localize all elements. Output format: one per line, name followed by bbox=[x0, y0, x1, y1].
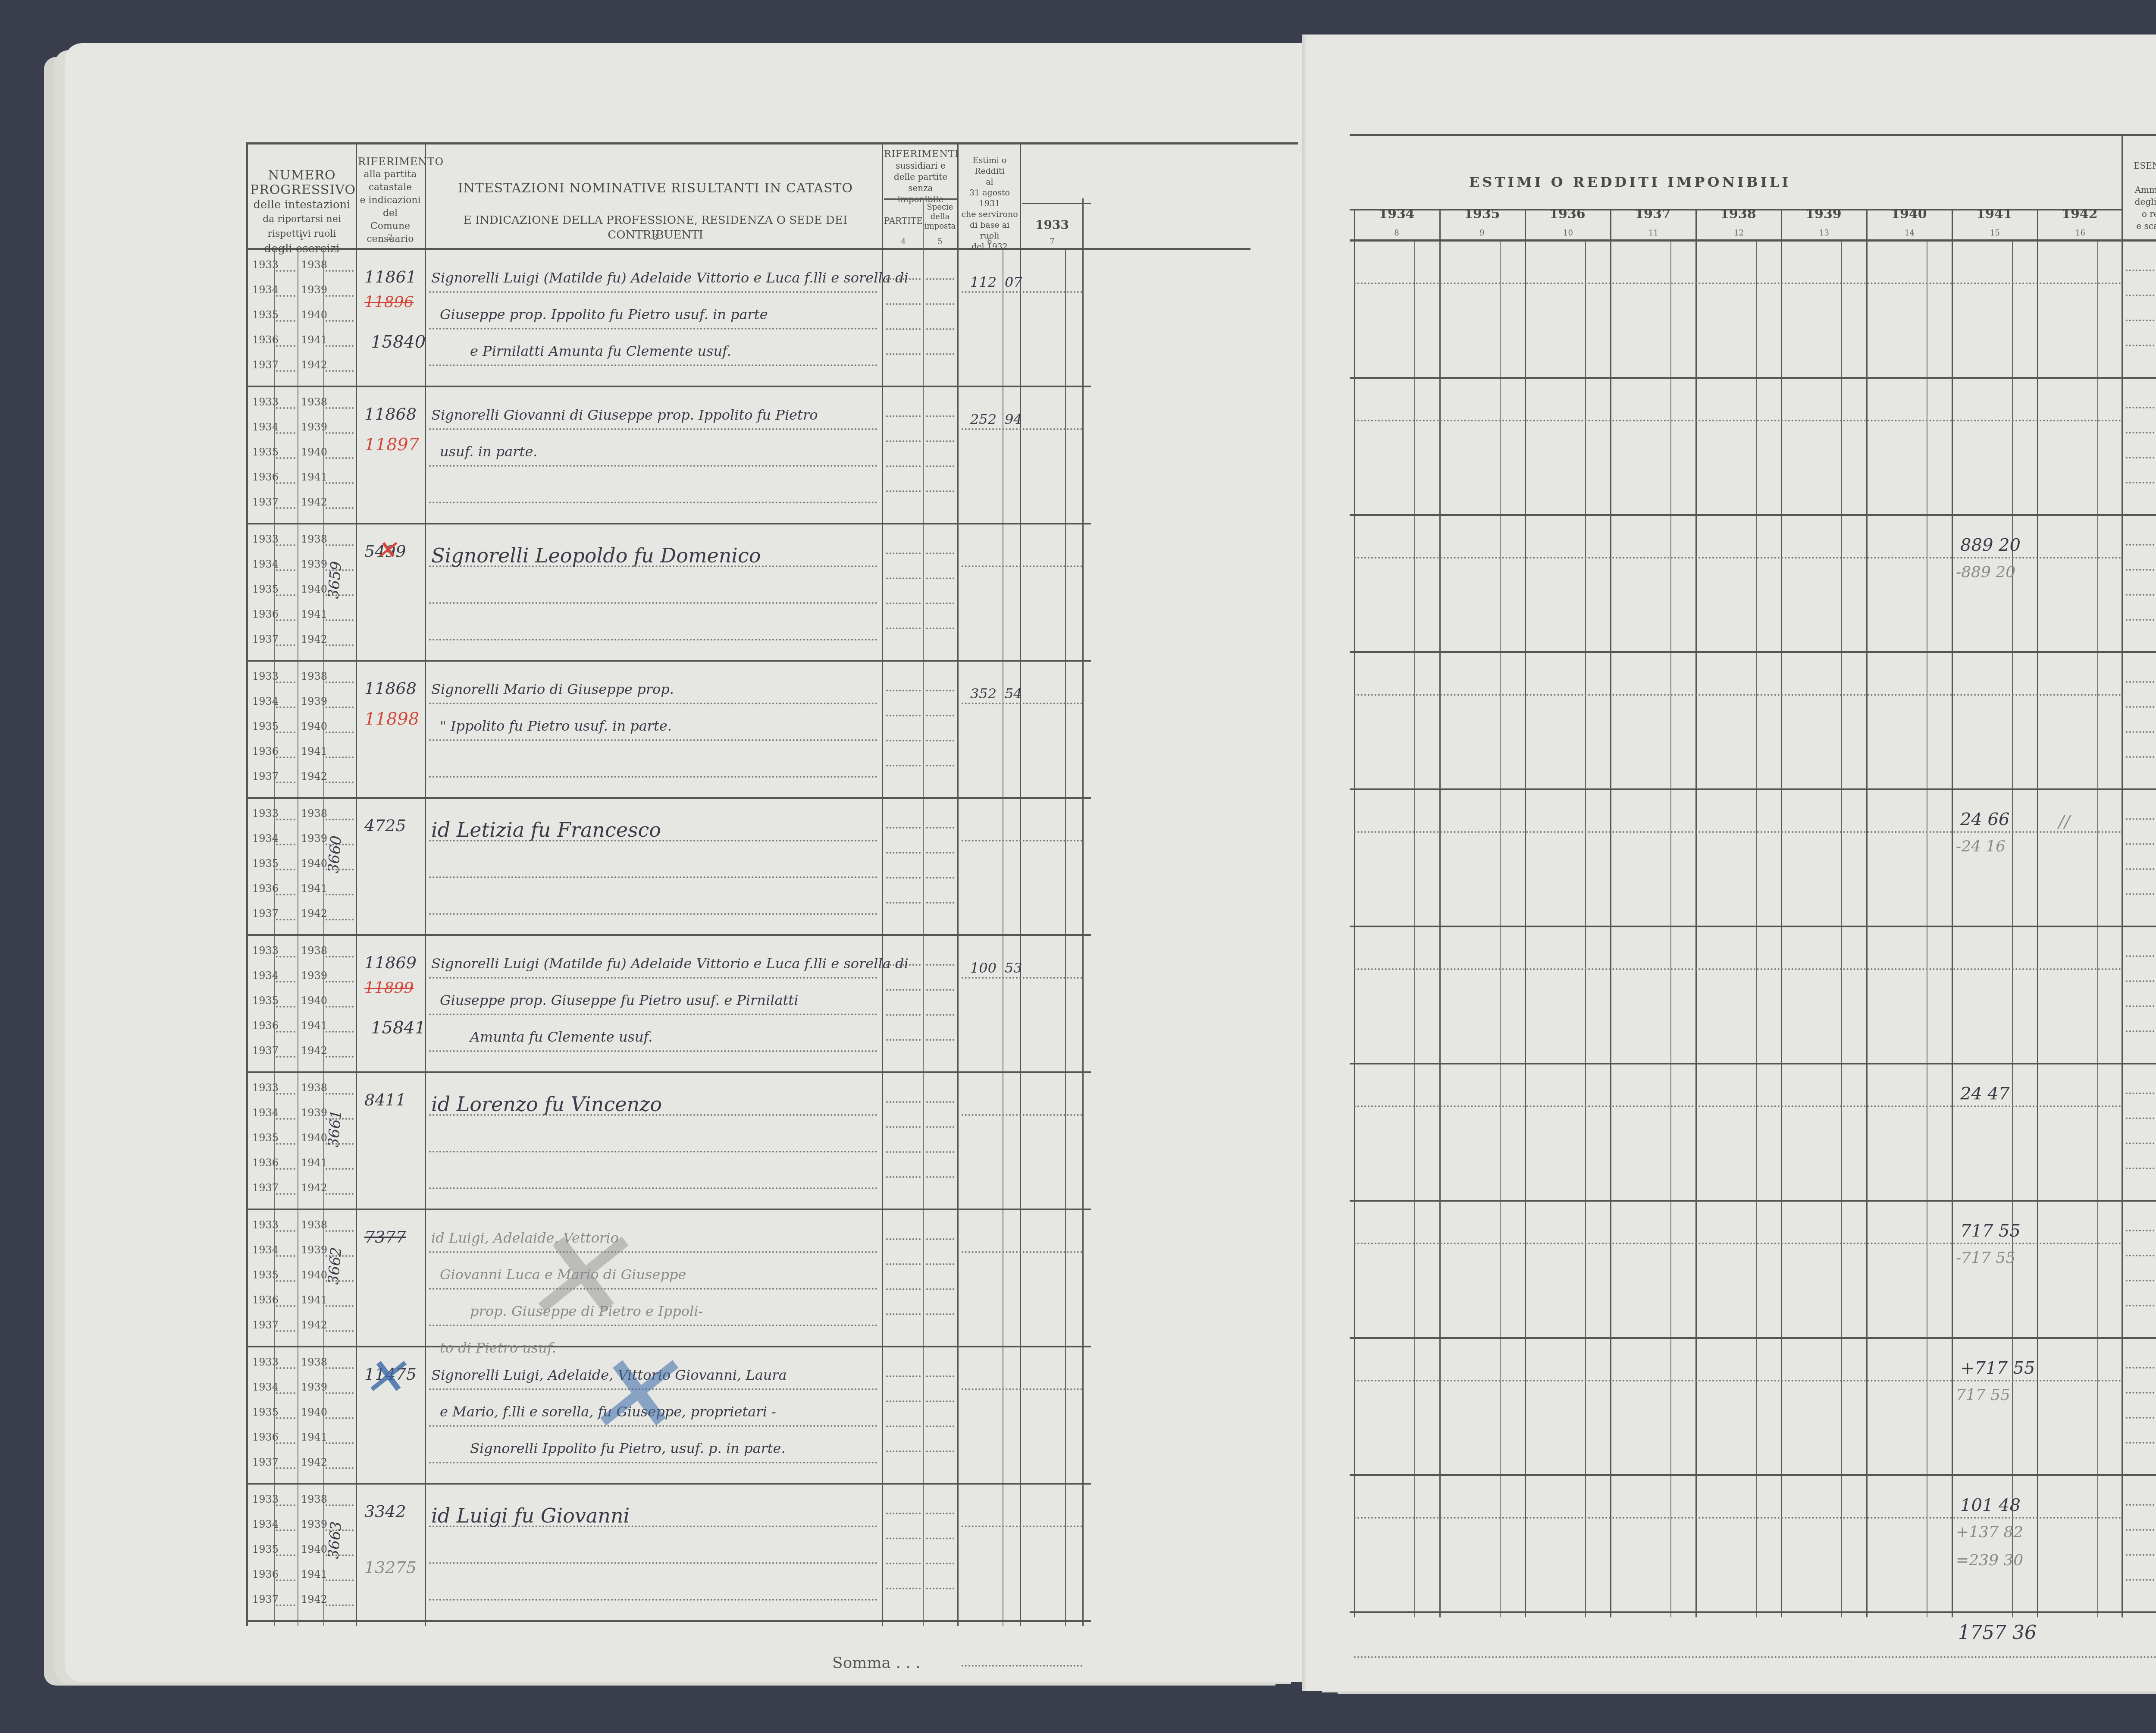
dotted-leader bbox=[326, 681, 354, 683]
dotted-leader bbox=[2126, 893, 2156, 895]
dotted-leader bbox=[326, 819, 354, 820]
dotted-baseline bbox=[429, 703, 877, 704]
year-label: 1942 bbox=[301, 1045, 327, 1057]
dotted-baseline bbox=[429, 1151, 877, 1152]
dotted-leader bbox=[276, 1056, 295, 1058]
dotted-baseline bbox=[429, 1014, 877, 1015]
year-label: 1940 bbox=[301, 309, 327, 321]
dotted-leader bbox=[2126, 482, 2156, 483]
year-label: 1941 bbox=[301, 471, 327, 483]
estimo-1931-lire: 352 bbox=[970, 685, 997, 702]
dotted-baseline bbox=[429, 1288, 877, 1290]
dotted-leader bbox=[926, 328, 954, 330]
intestazione-line: Signorelli Leopoldo fu Domenico bbox=[431, 544, 761, 567]
dotted-leader bbox=[326, 1442, 354, 1444]
header-top-rule bbox=[246, 142, 1298, 144]
year-label: 1938 bbox=[301, 533, 327, 545]
intestazione-line: id Luigi fu Giovanni bbox=[431, 1504, 630, 1527]
dotted-leader bbox=[276, 345, 295, 347]
dotted-leader bbox=[276, 407, 295, 409]
dotted-leader bbox=[2126, 1367, 2156, 1369]
dotted-baseline bbox=[1354, 831, 2122, 833]
year-label: 1941 bbox=[301, 1568, 327, 1580]
year-label: 1935 bbox=[252, 446, 279, 458]
year-label: 1942 bbox=[301, 496, 327, 508]
column-number: 13 bbox=[1819, 229, 1828, 238]
intestazione-line: id Letizia fu Francesco bbox=[431, 818, 661, 841]
year-label: 1939 bbox=[301, 832, 327, 845]
column-number: 2 bbox=[386, 233, 395, 242]
col-divider bbox=[882, 142, 883, 1626]
dotted-leader bbox=[276, 320, 295, 322]
year-label: 1937 bbox=[252, 1182, 279, 1194]
year-label: 1937 bbox=[252, 359, 279, 371]
dotted-leader bbox=[276, 732, 295, 733]
header-sub: del bbox=[358, 207, 423, 220]
year-label: 1935 bbox=[252, 1269, 279, 1281]
dotted-leader bbox=[926, 740, 954, 741]
dotted-leader bbox=[326, 1392, 354, 1394]
year-label: 1941 bbox=[301, 882, 327, 895]
row-divider bbox=[246, 660, 1091, 662]
partita-number: 3342 bbox=[364, 1502, 406, 1521]
col-divider bbox=[298, 250, 298, 1626]
year-label: 1933 bbox=[252, 259, 279, 271]
dotted-leader bbox=[276, 1367, 295, 1369]
partita-number-new: 15840 bbox=[371, 332, 426, 352]
col-divider bbox=[425, 142, 426, 1626]
dotted-leader bbox=[926, 1538, 954, 1539]
estimo-1941: 717 55 bbox=[1960, 1221, 2021, 1241]
row-divider bbox=[1350, 1337, 2156, 1339]
col-divider bbox=[1065, 250, 1066, 1626]
year-label: 1937 bbox=[252, 770, 279, 782]
year-label: 1941 bbox=[301, 1294, 327, 1306]
cent-divider bbox=[1414, 242, 1415, 1617]
year-label: 1934 bbox=[252, 1107, 279, 1119]
row-divider bbox=[246, 797, 1091, 799]
dotted-leader bbox=[326, 457, 354, 459]
dotted-leader bbox=[926, 1563, 954, 1564]
dotted-leader bbox=[276, 1168, 295, 1170]
dotted-leader bbox=[926, 902, 954, 904]
dotted-leader bbox=[886, 1263, 921, 1265]
partita-number: 8411 bbox=[364, 1090, 406, 1109]
year-label: 1937 bbox=[252, 1319, 279, 1331]
dotted-leader bbox=[926, 989, 954, 991]
dotted-baseline bbox=[1354, 1380, 2122, 1381]
dotted-leader bbox=[2126, 1504, 2156, 1506]
column-number: 15 bbox=[1990, 229, 1999, 238]
dotted-leader bbox=[886, 628, 921, 629]
right-page: Mod. 111 - Imposte Dirette (Intercalare)… bbox=[1307, 35, 2156, 1691]
dotted-leader bbox=[2126, 569, 2156, 571]
col-divider bbox=[1003, 250, 1003, 1626]
year-label: 1942 bbox=[301, 359, 327, 371]
dotted-leader bbox=[276, 1417, 295, 1419]
header-riferimento: RIFERIMENTO alla partita catastale e ind… bbox=[358, 155, 423, 246]
dotted-leader bbox=[276, 544, 295, 546]
dotted-leader bbox=[926, 415, 954, 417]
dotted-leader bbox=[886, 852, 921, 854]
year-label: 1935 bbox=[252, 1406, 279, 1418]
dotted-leader bbox=[926, 465, 954, 467]
year-label: 1940 bbox=[301, 857, 327, 870]
header-sub: — bbox=[2122, 172, 2156, 184]
dotted-leader bbox=[276, 681, 295, 683]
dotted-leader bbox=[926, 1588, 954, 1589]
dotted-baseline bbox=[429, 1599, 877, 1601]
row-divider bbox=[246, 1483, 1091, 1485]
year-label: 1939 bbox=[301, 558, 327, 570]
dotted-leader bbox=[276, 1031, 295, 1033]
dotted-baseline bbox=[962, 1665, 1082, 1667]
intestazione-line: Giuseppe prop. Giuseppe fu Pietro usuf. … bbox=[440, 992, 798, 1008]
column-number: 7 bbox=[1048, 237, 1056, 246]
header-title: RIFERIMENTO bbox=[358, 155, 423, 168]
dotted-leader bbox=[926, 303, 954, 305]
dotted-leader bbox=[326, 757, 354, 758]
dotted-leader bbox=[326, 919, 354, 920]
dotted-baseline bbox=[962, 428, 1082, 430]
column-number: 10 bbox=[1563, 229, 1572, 238]
dotted-baseline bbox=[429, 1187, 877, 1189]
row-divider bbox=[1350, 926, 2156, 927]
year-label: 1937 bbox=[252, 907, 279, 920]
estimo-1931-lire: 252 bbox=[970, 411, 997, 427]
dotted-leader bbox=[2126, 1005, 2156, 1007]
dotted-leader bbox=[276, 1330, 295, 1332]
dotted-leader bbox=[326, 320, 354, 322]
dotted-leader bbox=[926, 278, 954, 280]
left-page: NUMERO PROGRESSIVO delle intestazioni da… bbox=[65, 43, 1307, 1682]
dotted-leader bbox=[886, 1014, 921, 1016]
dotted-leader bbox=[276, 1143, 295, 1145]
row-divider bbox=[246, 1209, 1091, 1210]
year-label: 1933 bbox=[252, 670, 279, 682]
dotted-leader bbox=[2126, 681, 2156, 683]
year-label: 1936 bbox=[252, 334, 279, 346]
dotted-leader bbox=[926, 1313, 954, 1315]
column-number: 8 bbox=[1392, 229, 1401, 238]
dotted-baseline bbox=[962, 703, 1082, 704]
col-divider bbox=[1020, 142, 1021, 1626]
dotted-leader bbox=[276, 507, 295, 509]
dotted-leader bbox=[326, 1367, 354, 1369]
dotted-baseline bbox=[962, 291, 1082, 293]
dotted-leader bbox=[326, 644, 354, 646]
year-label: 1941 bbox=[301, 1431, 327, 1443]
row-divider bbox=[1350, 514, 2156, 516]
partita-number-red: 11896 bbox=[364, 293, 414, 311]
dotted-leader bbox=[276, 919, 295, 920]
year-header: 1937 bbox=[1610, 207, 1695, 222]
dotted-leader bbox=[326, 1467, 354, 1469]
dotted-leader bbox=[926, 1425, 954, 1427]
dotted-leader bbox=[2126, 619, 2156, 621]
dotted-leader bbox=[276, 1529, 295, 1531]
year-label: 1933 bbox=[252, 396, 279, 408]
year-label: 1939 bbox=[301, 1107, 327, 1119]
dotted-leader bbox=[276, 956, 295, 958]
dotted-leader bbox=[326, 482, 354, 484]
year-label: 1933 bbox=[252, 945, 279, 957]
cent-divider bbox=[1756, 242, 1757, 1617]
dotted-leader bbox=[276, 1604, 295, 1606]
dotted-leader bbox=[886, 1400, 921, 1402]
dotted-leader bbox=[276, 981, 295, 983]
year-label: 1934 bbox=[252, 970, 279, 982]
partita-number: 11861 bbox=[364, 267, 417, 286]
header-sub: al bbox=[959, 177, 1020, 188]
year-label: 1940 bbox=[301, 1406, 327, 1418]
year-label: 1934 bbox=[252, 421, 279, 433]
dotted-baseline bbox=[1354, 1243, 2122, 1244]
year-label: 1938 bbox=[301, 259, 327, 271]
partita-number: 4725 bbox=[364, 816, 406, 835]
year-label: 1941 bbox=[301, 745, 327, 757]
dotted-baseline bbox=[429, 602, 877, 604]
year-label: 1938 bbox=[301, 396, 327, 408]
cent-divider bbox=[1500, 242, 1501, 1617]
col-divider bbox=[957, 142, 959, 1626]
year-label: 1938 bbox=[301, 1356, 327, 1368]
dotted-leader bbox=[926, 1288, 954, 1290]
column-number: 12 bbox=[1734, 229, 1742, 238]
dotted-leader bbox=[886, 1151, 921, 1153]
dotted-leader bbox=[276, 1504, 295, 1506]
dotted-leader bbox=[276, 644, 295, 646]
year-label: 1938 bbox=[301, 1219, 327, 1231]
header-sub: delle intestazioni bbox=[250, 198, 354, 212]
year-label: 1942 bbox=[301, 1182, 327, 1194]
year-label: 1934 bbox=[252, 284, 279, 296]
dotted-leader bbox=[276, 594, 295, 596]
dotted-leader bbox=[2126, 706, 2156, 708]
year-header: 1934 bbox=[1354, 207, 1439, 222]
year-label: 1933 bbox=[252, 807, 279, 819]
estimo-1931-cent: 54 bbox=[1005, 685, 1022, 702]
progressive-number: 3660 bbox=[325, 835, 345, 874]
year-label: 1939 bbox=[301, 970, 327, 982]
dotted-leader bbox=[326, 507, 354, 509]
dotted-leader bbox=[2126, 1392, 2156, 1394]
estimo-1941: +717 55 bbox=[1960, 1358, 2035, 1378]
partita-number: 11869 bbox=[364, 953, 417, 972]
year-label: 1937 bbox=[252, 496, 279, 508]
partita-number-red: 11898 bbox=[364, 709, 419, 729]
dotted-leader bbox=[276, 295, 295, 297]
dotted-leader bbox=[276, 1006, 295, 1008]
dotted-leader bbox=[2126, 594, 2156, 596]
cancel-mark: // bbox=[2059, 812, 2070, 832]
year-label: 1939 bbox=[301, 1381, 327, 1393]
partita-number-red: 11899 bbox=[364, 979, 414, 997]
year-label: 1940 bbox=[301, 1269, 327, 1281]
dotted-leader bbox=[886, 1288, 921, 1290]
year-label: 1934 bbox=[252, 558, 279, 570]
header-title: INTESTAZIONI NOMINATIVE RISULTANTI IN CA… bbox=[436, 181, 875, 196]
year-label: 1942 bbox=[301, 907, 327, 920]
dotted-leader bbox=[326, 544, 354, 546]
dotted-leader bbox=[926, 1238, 954, 1240]
dotted-leader bbox=[886, 1425, 921, 1427]
dotted-leader bbox=[276, 1392, 295, 1394]
year-label: 1940 bbox=[301, 583, 327, 595]
dotted-leader bbox=[326, 894, 354, 895]
year-label: 1933 bbox=[252, 1219, 279, 1231]
year-label: 1938 bbox=[301, 1493, 327, 1505]
year-label: 1937 bbox=[252, 1456, 279, 1468]
header-sub: senza imponibile bbox=[884, 182, 957, 205]
year-header: 1938 bbox=[1695, 207, 1781, 222]
intestazione-line: Signorelli Luigi (Matilde fu) Adelaide V… bbox=[431, 270, 909, 286]
dotted-baseline bbox=[429, 776, 877, 778]
col-divider bbox=[356, 142, 357, 1626]
dotted-leader bbox=[926, 628, 954, 629]
header-partite: PARTITE bbox=[884, 213, 923, 228]
dotted-leader bbox=[326, 1230, 354, 1232]
dotted-leader bbox=[926, 852, 954, 854]
dotted-leader bbox=[2126, 270, 2156, 271]
row-divider bbox=[246, 1071, 1091, 1073]
dotted-leader bbox=[926, 964, 954, 966]
dotted-leader bbox=[926, 1513, 954, 1514]
cent-divider bbox=[1927, 242, 1927, 1617]
year-label: 1934 bbox=[252, 1518, 279, 1530]
estimo-1941-adjust: -24 16 bbox=[1956, 838, 2006, 855]
dotted-leader bbox=[2126, 295, 2156, 296]
year-header: 1936 bbox=[1525, 207, 1610, 222]
row-divider bbox=[1350, 1611, 2156, 1613]
dotted-leader bbox=[2126, 407, 2156, 408]
dotted-leader bbox=[926, 578, 954, 579]
dotted-leader bbox=[926, 715, 954, 716]
year-label: 1939 bbox=[301, 695, 327, 707]
dotted-leader bbox=[926, 603, 954, 604]
dotted-leader bbox=[926, 1151, 954, 1153]
estimo-1941-adjust: -889 20 bbox=[1956, 563, 2015, 581]
dotted-leader bbox=[2126, 432, 2156, 433]
dotted-baseline bbox=[429, 739, 877, 741]
row-divider bbox=[246, 523, 1091, 524]
dotted-leader bbox=[326, 345, 354, 347]
year-label: 1935 bbox=[252, 1543, 279, 1555]
year-label: 1934 bbox=[252, 1381, 279, 1393]
column-number: 16 bbox=[2075, 229, 2084, 238]
dotted-leader bbox=[886, 553, 921, 554]
dotted-leader bbox=[276, 782, 295, 783]
dotted-leader bbox=[276, 1093, 295, 1095]
cent-divider bbox=[1841, 242, 1842, 1617]
dotted-leader bbox=[326, 270, 354, 272]
estimo-1931-lire: 100 bbox=[970, 960, 997, 976]
header-bottom-rule bbox=[1350, 239, 2156, 242]
estimo-1941: 889 20 bbox=[1960, 535, 2021, 555]
pencil-cross-mark: ✕ bbox=[517, 1202, 626, 1352]
year-label: 1936 bbox=[252, 1294, 279, 1306]
cent-divider bbox=[2012, 242, 2013, 1617]
year-label: 1939 bbox=[301, 421, 327, 433]
header-bottom-rule bbox=[246, 248, 1250, 250]
column-number: 5 bbox=[936, 237, 944, 246]
year-label: 1936 bbox=[252, 608, 279, 620]
dotted-leader bbox=[326, 1305, 354, 1307]
year-label: 1935 bbox=[252, 857, 279, 870]
header-title: ESENZIONI bbox=[2122, 160, 2156, 172]
partita-number: 7377 bbox=[364, 1228, 406, 1246]
sum-label: Somma . . . bbox=[832, 1654, 921, 1672]
intestazione-line: Signorelli Mario di Giuseppe prop. bbox=[431, 681, 674, 697]
dotted-leader bbox=[926, 1176, 954, 1178]
dotted-leader bbox=[2126, 544, 2156, 546]
dotted-leader bbox=[2126, 1118, 2156, 1119]
dotted-leader bbox=[326, 407, 354, 409]
dotted-leader bbox=[886, 715, 921, 716]
dotted-leader bbox=[326, 619, 354, 621]
dotted-leader bbox=[2126, 1093, 2156, 1094]
dotted-leader bbox=[886, 1039, 921, 1041]
partita-number-new: 15841 bbox=[371, 1018, 426, 1038]
dotted-leader bbox=[2126, 1579, 2156, 1581]
year-label: 1938 bbox=[301, 670, 327, 682]
year-label: 1941 bbox=[301, 608, 327, 620]
dotted-leader bbox=[276, 844, 295, 845]
intestazione-line: Amunta fu Clemente usuf. bbox=[470, 1029, 652, 1045]
dotted-baseline bbox=[429, 639, 877, 640]
estimo-1931-cent: 94 bbox=[1005, 411, 1022, 427]
dotted-leader bbox=[2126, 457, 2156, 458]
dotted-leader bbox=[326, 1604, 354, 1606]
dotted-leader bbox=[926, 1263, 954, 1265]
dotted-leader bbox=[886, 1126, 921, 1128]
year-label: 1936 bbox=[252, 1020, 279, 1032]
year-label: 1933 bbox=[252, 1356, 279, 1368]
header-top-rule bbox=[1350, 134, 2156, 136]
year-label: 1936 bbox=[252, 1431, 279, 1443]
year-label: 1937 bbox=[252, 633, 279, 645]
dotted-baseline bbox=[962, 1388, 1082, 1390]
year-label: 1940 bbox=[301, 446, 327, 458]
dotted-leader bbox=[886, 1588, 921, 1589]
row-divider bbox=[1350, 1063, 2156, 1064]
dotted-leader bbox=[886, 353, 921, 355]
dotted-leader bbox=[886, 1513, 921, 1514]
year-header: 1941 bbox=[1952, 207, 2037, 222]
dotted-baseline bbox=[962, 977, 1082, 979]
year-label: 1940 bbox=[301, 720, 327, 732]
progressive-number: 3662 bbox=[325, 1246, 345, 1285]
col-divider bbox=[923, 198, 924, 1626]
year-label: 1934 bbox=[252, 1244, 279, 1256]
year-label: 1942 bbox=[301, 1456, 327, 1468]
year-header: 1935 bbox=[1439, 207, 1525, 222]
dotted-leader bbox=[276, 457, 295, 459]
year-label: 1933 bbox=[252, 533, 279, 545]
year-label: 1939 bbox=[301, 284, 327, 296]
year-label: 1935 bbox=[252, 720, 279, 732]
cent-divider bbox=[1670, 242, 1671, 1617]
year-label: 1937 bbox=[252, 1593, 279, 1605]
header-sub: alla partita catastale bbox=[358, 168, 423, 194]
intestazione-line: Signorelli Giovanni di Giuseppe prop. Ip… bbox=[431, 407, 818, 423]
dotted-leader bbox=[2126, 955, 2156, 957]
table-left-border bbox=[246, 142, 248, 1626]
dotted-leader bbox=[926, 765, 954, 766]
dotted-baseline bbox=[1354, 283, 2122, 284]
dotted-leader bbox=[886, 578, 921, 579]
dotted-leader bbox=[276, 569, 295, 571]
